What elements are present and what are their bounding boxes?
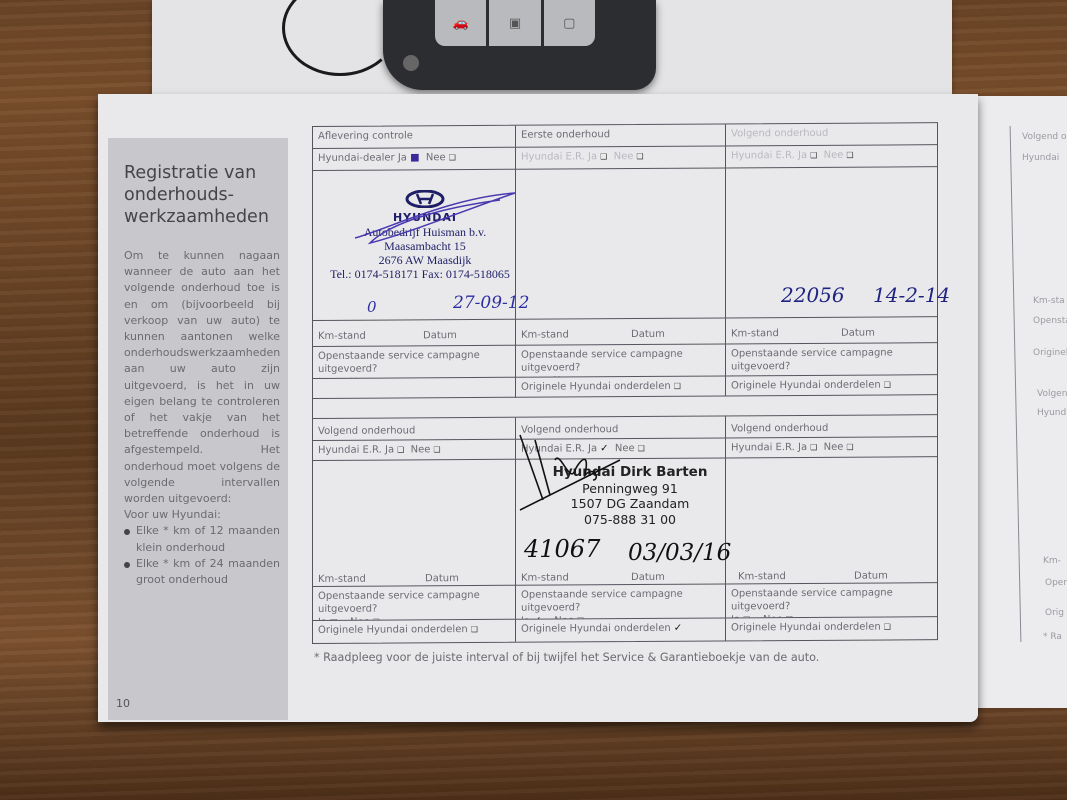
ja-label: Ja <box>385 444 394 455</box>
dealer-check[interactable]: Hyundai-dealer Ja ■ Nee <box>313 148 516 171</box>
stamp-phone: Tel.: 0174-518171 Fax: 0174-518065 <box>320 267 520 281</box>
signature-scribble <box>515 430 625 515</box>
handwritten-km: 22056 <box>781 283 845 307</box>
km-date-row: Km-standDatum <box>726 568 926 584</box>
ja-label: Ja <box>588 151 597 162</box>
datum-label: Datum <box>423 329 457 342</box>
checkbox[interactable] <box>394 444 404 455</box>
stamp-area <box>726 457 937 584</box>
dealer-label: Hyundai-dealer Ja <box>318 152 407 164</box>
checkbox[interactable] <box>807 442 817 453</box>
km-date-row: Km-standDatum <box>516 570 716 586</box>
stamp-area <box>516 168 726 319</box>
page-title: Registratie van onderhouds-werkzaamheden <box>124 162 284 228</box>
km-label: Km-stand <box>318 573 366 586</box>
handwritten-date: 03/03/16 <box>628 540 731 566</box>
unlock-icon: ▢ <box>544 0 595 46</box>
km-date-row: Km-standDatum <box>313 320 516 347</box>
campaign-row[interactable]: Openstaande service campagne uitgevoerd?… <box>726 343 937 376</box>
interval-item: Elke * km of 12 maanden klein onderhoud <box>124 523 280 555</box>
campaign-row[interactable]: Openstaande service campagne uitgevoerd?… <box>313 586 516 621</box>
er-label: Hyundai E.R. <box>731 150 795 161</box>
er-check[interactable]: Hyundai E.R. Ja Nee <box>313 440 516 461</box>
km-label: Km-stand <box>731 327 779 340</box>
signature-scribble <box>350 188 520 248</box>
er-label: Hyundai E.R. <box>731 442 795 453</box>
campaign-label: Openstaande service campagne uitgevoerd? <box>318 349 510 376</box>
checkbox[interactable] <box>597 151 607 162</box>
parts-row[interactable]: Originele Hyundai onderdelen✓ <box>516 618 726 641</box>
checkbox[interactable] <box>843 442 853 453</box>
checkbox[interactable] <box>881 621 891 632</box>
handwritten-km: 0 <box>367 298 377 316</box>
campaign-row[interactable]: Openstaande service campagne uitgevoerd?… <box>516 584 726 619</box>
campaign-label: Openstaande service campagne uitgevoerd? <box>521 348 720 375</box>
datum-label: Datum <box>841 327 875 340</box>
parts-label: Originele Hyundai onderdelen <box>521 381 671 393</box>
stamp-area <box>313 460 516 587</box>
cell-header: Volgend onderhoud <box>726 415 937 438</box>
ja-label: Ja <box>798 442 807 453</box>
nee-label: Nee <box>824 442 844 453</box>
er-label: Hyundai E.R. <box>318 445 382 456</box>
parts-label: Originele Hyundai onderdelen <box>731 380 881 392</box>
km-label: Km-stand <box>521 571 569 584</box>
parts-row[interactable]: Originele Hyundai onderdelen <box>726 375 937 396</box>
sidebar-panel: Registratie van onderhouds-werkzaamheden… <box>108 138 288 720</box>
cell-header: Volgend onderhoud <box>313 418 516 441</box>
campaign-row[interactable]: Openstaande service campagne uitgevoerd?… <box>313 346 516 379</box>
handwritten-date: 14-2-14 <box>873 283 950 307</box>
parts-label: Originele Hyundai onderdelen <box>318 624 468 636</box>
km-date-row: Km-standDatum <box>516 318 726 345</box>
instructions: Om te kunnen nagaan wanneer de auto aan … <box>124 248 280 588</box>
checkbox[interactable] <box>468 624 478 635</box>
nee-label: Nee <box>411 444 431 455</box>
checkmark-icon[interactable]: ✓ <box>674 623 682 634</box>
page-number: 10 <box>116 697 130 710</box>
cell-header: Eerste onderhoud <box>516 124 726 147</box>
campaign-label: Openstaande service campagne uitgevoerd? <box>318 589 510 616</box>
km-label: Km-stand <box>318 330 366 343</box>
instructions-intro: Voor uw Hyundai: <box>124 507 280 523</box>
campaign-row[interactable]: Openstaande service campagne uitgevoerd?… <box>726 583 937 618</box>
cell-header: Volgend onderhoud <box>726 123 937 146</box>
checkbox[interactable] <box>430 444 440 455</box>
interval-item: Elke * km of 24 maanden groot onderhoud <box>124 556 280 588</box>
checkbox[interactable] <box>633 151 643 162</box>
instructions-text: Om te kunnen nagaan wanneer de auto aan … <box>124 248 280 507</box>
right-page-form-edge <box>1010 126 1067 642</box>
car-key-fob: 🚗 ▣ ▢ <box>383 0 656 90</box>
er-check[interactable]: Hyundai E.R. Ja Nee <box>726 145 937 168</box>
campaign-label: Openstaande service campagne uitgevoerd? <box>731 346 932 373</box>
nee-label: Nee <box>426 152 446 163</box>
datum-label: Datum <box>631 328 665 341</box>
stamp-city: 2676 AW Maasdijk <box>330 253 520 267</box>
checkbox[interactable] <box>446 152 456 163</box>
cell-header: Aflevering controle <box>313 126 516 149</box>
parts-label: Originele Hyundai onderdelen <box>731 622 881 634</box>
checkbox[interactable] <box>807 150 817 161</box>
handwritten-km: 41067 <box>524 535 600 563</box>
km-date-row: Km-standDatum <box>726 317 937 344</box>
km-label: Km-stand <box>738 570 786 583</box>
checkbox[interactable] <box>635 443 645 454</box>
er-label: Hyundai E.R. <box>521 151 585 162</box>
km-date-row: Km-standDatum <box>313 571 516 587</box>
empty-row <box>313 378 516 399</box>
checkbox[interactable] <box>843 150 853 161</box>
parts-row[interactable]: Originele Hyundai onderdelen <box>726 617 937 640</box>
key-release-button <box>403 55 419 71</box>
ja-label: Ja <box>798 150 807 161</box>
datum-label: Datum <box>854 569 888 582</box>
nee-label: Nee <box>824 150 844 161</box>
parts-row[interactable]: Originele Hyundai onderdelen <box>313 620 516 643</box>
checkbox[interactable] <box>881 379 891 390</box>
parts-row[interactable]: Originele Hyundai onderdelen <box>516 376 726 397</box>
er-check[interactable]: Hyundai E.R. Ja Nee <box>726 437 937 458</box>
checkbox[interactable] <box>671 381 681 392</box>
interval-list: Elke * km of 12 maanden klein onderhoud … <box>124 523 280 588</box>
campaign-label: Openstaande service campagne uitgevoerd? <box>521 588 720 615</box>
nee-label: Nee <box>614 151 634 162</box>
km-label: Km-stand <box>521 328 569 341</box>
parts-label: Originele Hyundai onderdelen <box>521 623 671 635</box>
datum-label: Datum <box>425 572 459 585</box>
lock-icon: ▣ <box>489 0 543 46</box>
datum-label: Datum <box>631 571 665 584</box>
car-trunk-icon: 🚗 <box>435 0 489 46</box>
er-check[interactable]: Hyundai E.R. Ja Nee <box>516 146 726 169</box>
handwritten-date: 27-09-12 <box>453 293 529 313</box>
campaign-label: Openstaande service campagne uitgevoerd? <box>731 586 932 613</box>
checked-box[interactable]: ■ <box>410 152 419 163</box>
campaign-row[interactable]: Openstaande service campagne uitgevoerd?… <box>516 344 726 377</box>
footnote: * Raadpleeg voor de juiste interval of b… <box>314 651 819 664</box>
